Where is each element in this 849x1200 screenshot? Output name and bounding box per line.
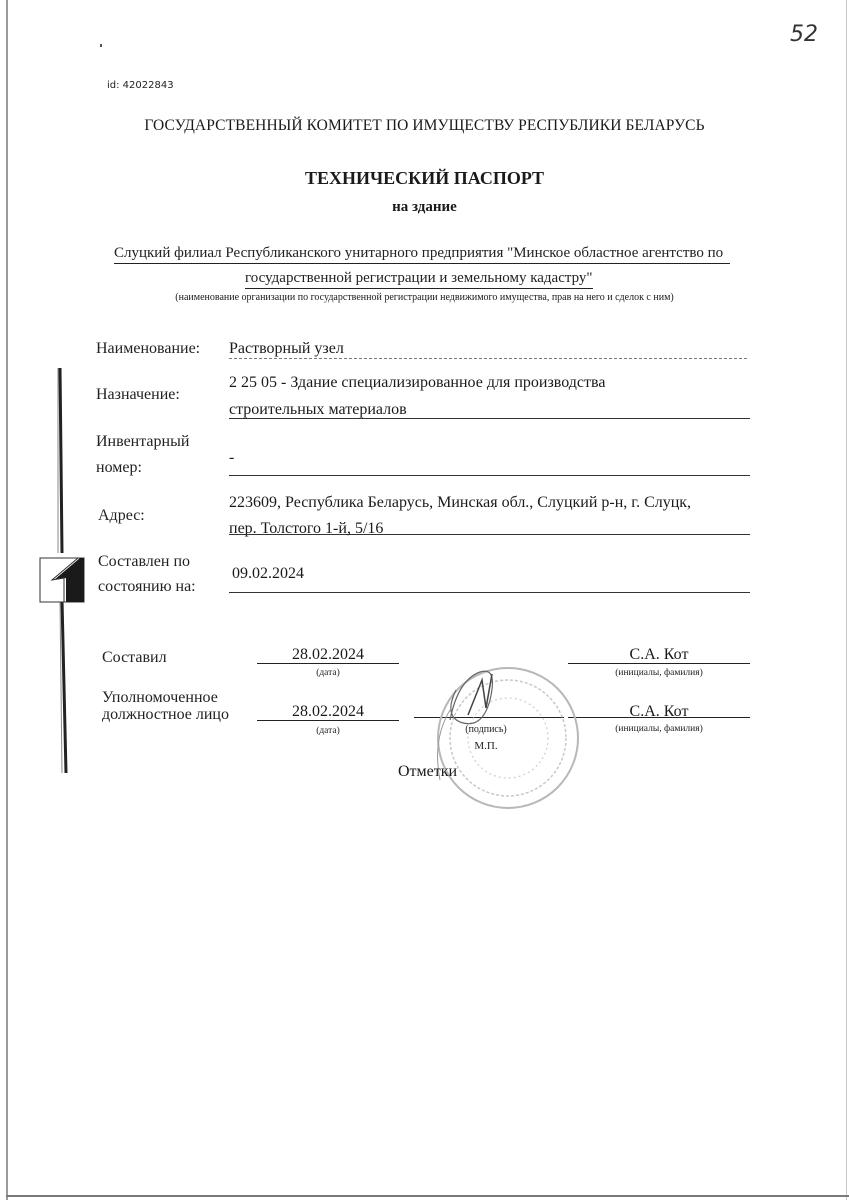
- compiled-by-label: Составил: [102, 648, 167, 667]
- authorized-official-date: 28.02.2024: [257, 703, 399, 721]
- authorized-official-name: С.А. Кот: [568, 703, 750, 721]
- organization-name-line1: Слуцкий филиал Республиканского унитарно…: [114, 245, 730, 264]
- inventory-number-label-line2: номер:: [96, 455, 142, 480]
- address-value-line2: пер. Толстого 1-й, 5/16: [229, 516, 383, 541]
- document-subtitle: на здание: [0, 199, 849, 216]
- official-seal-stamp: [420, 660, 580, 810]
- document-title: ТЕХНИЧЕСКИЙ ПАСПОРТ: [0, 168, 849, 189]
- compiled-as-of-value: 09.02.2024: [232, 561, 304, 586]
- compiled-by-name-line: [568, 663, 750, 664]
- compiled-by-name: С.А. Кот: [568, 646, 750, 664]
- authorized-official-date-line: [257, 720, 399, 721]
- purpose-label: Назначение:: [96, 382, 180, 407]
- authorized-official-name-caption: (инициалы, фамилия): [568, 724, 750, 734]
- document-id: id: 42022843: [107, 80, 174, 91]
- authorized-official-label-line2: должностное лицо: [102, 705, 229, 724]
- name-underline: [229, 358, 747, 359]
- committee-heading: ГОСУДАРСТВЕННЫЙ КОМИТЕТ ПО ИМУЩЕСТВУ РЕС…: [0, 117, 849, 135]
- address-underline: [229, 534, 750, 535]
- authorized-official-name-line: [568, 717, 750, 718]
- compiled-by-date-line: [257, 663, 399, 664]
- compiled-by-date: 28.02.2024: [257, 646, 399, 664]
- address-value-line1: 223609, Республика Беларусь, Минская обл…: [229, 490, 691, 515]
- handwritten-page-number: 52: [790, 22, 818, 47]
- signature-caption: (подпись): [456, 724, 516, 735]
- scan-speck: [100, 44, 102, 47]
- compiled-as-of-label-line2: состоянию на:: [98, 574, 196, 599]
- organization-caption: (наименование организации по государстве…: [0, 292, 849, 303]
- compiled-by-name-caption: (инициалы, фамилия): [568, 668, 750, 678]
- compiled-by-date-caption: (дата): [257, 668, 399, 678]
- organization-name-line2: государственной регистрации и земельному…: [245, 270, 593, 289]
- authorized-official-date-caption: (дата): [257, 726, 399, 736]
- address-label: Адрес:: [98, 503, 145, 528]
- compiled-as-of-underline: [229, 592, 750, 593]
- scan-edge-bottom: [6, 1195, 849, 1197]
- binding-stitch-mark: [30, 368, 90, 778]
- purpose-underline: [229, 418, 750, 419]
- inventory-number-label-line1: Инвентарный: [96, 429, 189, 454]
- inventory-number-value: -: [229, 445, 234, 470]
- purpose-value-line1: 2 25 05 - Здание специализированное для …: [229, 370, 605, 395]
- name-label: Наименование:: [96, 336, 200, 361]
- compiled-as-of-label-line1: Составлен по: [98, 549, 190, 574]
- inventory-number-underline: [229, 475, 750, 476]
- seal-mark: М.П.: [466, 740, 506, 752]
- marks-label: Отметки: [398, 763, 457, 781]
